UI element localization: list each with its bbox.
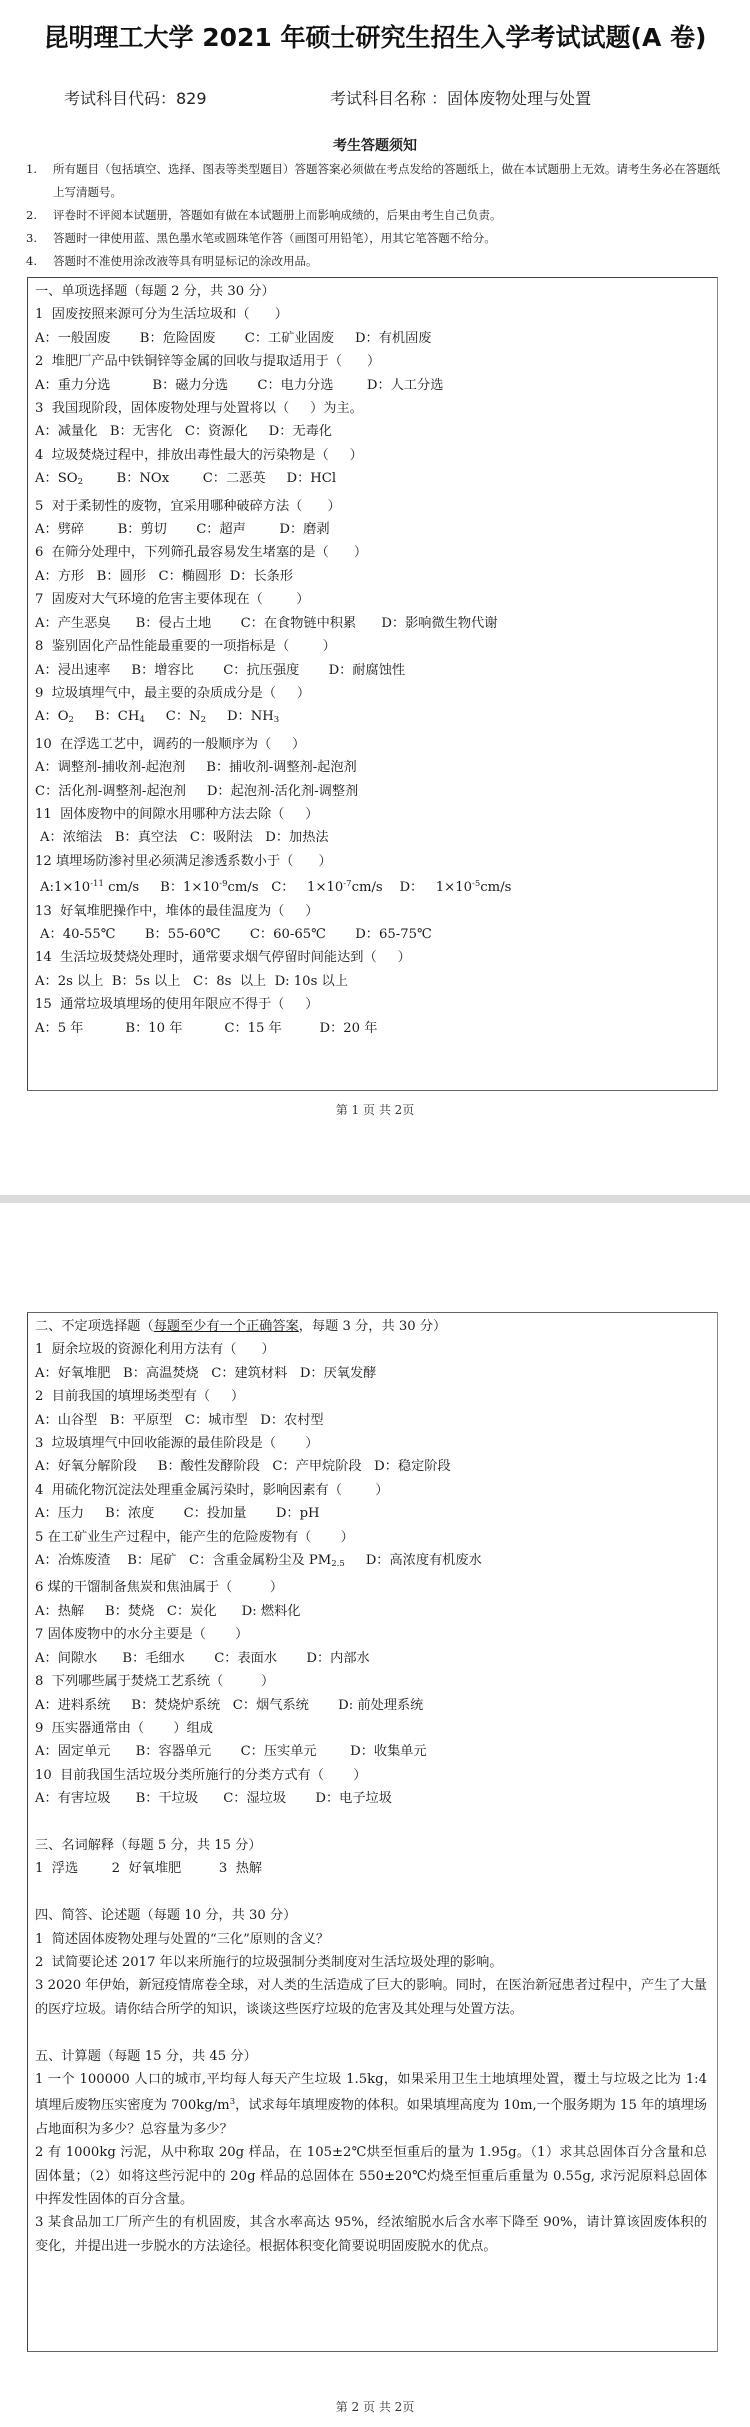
question-options: A：浓缩法 B：真空法 C：吸附法 D：加热法 — [35, 826, 717, 849]
question-stem: 15 通常垃圾填埋场的使用年限应不得于（ ） — [35, 993, 717, 1016]
question-options: A：冶炼废渣 B：尾矿 C：含重金属粉尘及 PM2.5 D：高浓度有机废水 — [35, 1549, 717, 1576]
question-stem: 9 垃圾填埋气中，最主要的杂质成分是（ ） — [35, 682, 717, 705]
question-options: A：一般固废 B：危险固废 C：工矿业固废 D：有机固废 — [35, 327, 717, 350]
question-options: A：O2 B：CH4 C：N2 D：NH3 — [35, 705, 717, 732]
question-options: A:1×10-11 cm/s B：1×10-9cm/s C： 1×10-7cm/… — [35, 873, 717, 899]
question-options: A：劈碎 B：剪切 C：超声 D：磨剥 — [35, 518, 717, 541]
question-options: A：有害垃圾 B：干垃圾 C：湿垃圾 D：电子垃圾 — [35, 1787, 717, 1810]
calculation-question-1: 1 一个 100000 人口的城市,平均每人每天产生垃圾 1.5kg，如果采用卫… — [35, 2068, 717, 2141]
question-stem: 3 我国现阶段，固体废物处理与处置将以（ ）为主。 — [35, 397, 717, 420]
question-stem: 13 好氧堆肥操作中，堆体的最佳温度为（ ） — [35, 900, 717, 923]
notice-text: 答题时一律使用蓝、黑色墨水笔或圆珠笔作答（画图可用铅笔），用其它笔答题不给分。 — [53, 231, 496, 245]
question-stem: 4 用硫化物沉淀法处理重金属污染时，影响因素有（ ） — [35, 1479, 717, 1502]
question-options: A：调整剂-捕收剂-起泡剂 B：捕收剂-调整剂-起泡剂 — [35, 756, 717, 779]
question-box-page-1: 一、单项选择题（每题 2 分，共 30 分） 1 固废按照来源可分为生活垃圾和（… — [27, 277, 718, 1091]
page-footer-2: 第 2 页 共 2页 — [0, 2398, 750, 2415]
question-options: A：好氧分解阶段 B：酸性发酵阶段 C：产甲烷阶段 D：稳定阶段 — [35, 1455, 717, 1478]
exam-title: 昆明理工大学 2021 年硕士研究生招生入学考试试题(A 卷) — [0, 18, 750, 54]
question-stem: 4 垃圾焚烧过程中，排放出毒性最大的污染物是（ ） — [35, 444, 717, 467]
question-options: A：热解 B：焚烧 C：炭化 D: 燃料化 — [35, 1600, 717, 1623]
section-heading-multi-choice: 二、不定项选择题（每题至少有一个正确答案，每题 3 分，共 30 分） — [35, 1315, 717, 1338]
question-stem: 1 厨余垃圾的资源化利用方法有（ ） — [35, 1338, 717, 1361]
question-options: C：活化剂-调整剂-起泡剂 D：起泡剂-活化剂-调整剂 — [35, 780, 717, 803]
subject-name: 考试科目名称 ：固体废物处理与处置 — [330, 86, 591, 109]
question-stem: 8 鉴别固化产品性能最重要的一项指标是（ ） — [35, 635, 717, 658]
question-stem: 10 在浮选工艺中，调药的一般顺序为（ ） — [35, 733, 717, 756]
question-options: A：40-55℃ B：55-60℃ C：60-65℃ D：65-75℃ — [35, 923, 717, 946]
calculation-question-2: 2 有 1000kg 污泥，从中称取 20g 样品，在 105±2℃烘至恒重后的… — [35, 2141, 717, 2211]
question-stem: 9 压实器通常由（ ）组成 — [35, 1717, 717, 1740]
terms-list: 1 浮选 2 好氧堆肥 3 热解 — [35, 1857, 717, 1880]
notice-list: 1.所有题目（包括填空、选择、图表等类型题目）答题答案必须做在考点发给的答题纸上… — [26, 158, 726, 273]
short-answer-3: 3 2020 年伊始，新冠疫情席卷全球，对人类的生活造成了巨大的影响。同时，在医… — [35, 1974, 717, 2021]
question-stem: 6 煤的干馏制备焦炭和焦油属于（ ） — [35, 1576, 717, 1599]
question-stem: 6 在筛分处理中，下列筛孔最容易发生堵塞的是（ ） — [35, 541, 717, 564]
notice-text: 答题时不准使用涂改液等具有明显标记的涂改用品。 — [53, 254, 318, 268]
question-options: A：2s 以上 B：5s 以上 C：8s 以上 D: 10s 以上 — [35, 970, 717, 993]
notice-text: 所有题目（包括填空、选择、图表等类型题目）答题答案必须做在考点发给的答题纸上，做… — [53, 162, 720, 199]
question-stem: 7 固废对大气环境的危害主要体现在（ ） — [35, 588, 717, 611]
question-stem: 2 堆肥厂产品中铁铜锌等金属的回收与提取适用于（ ） — [35, 350, 717, 373]
notice-text: 评卷时不评阅本试题册，答题如有做在本试题册上而影响成绩的，后果由考生自己负责。 — [53, 208, 502, 222]
page-separator — [0, 1195, 750, 1203]
question-options: A：好氧堆肥 B：高温焚烧 C：建筑材料 D：厌氧发酵 — [35, 1362, 717, 1385]
question-options: A：减量化 B：无害化 C：资源化 D：无毒化 — [35, 420, 717, 443]
subject-code: 考试科目代码：829 — [64, 86, 207, 109]
notice-item: 1.所有题目（包括填空、选择、图表等类型题目）答题答案必须做在考点发给的答题纸上… — [26, 158, 726, 204]
short-answer-1: 1 简述固体废物处理与处置的“三化”原则的含义？ — [35, 1928, 717, 1951]
notice-heading: 考生答题须知 — [0, 135, 750, 155]
question-options: A：产生恶臭 B：侵占土地 C：在食物链中积累 D：影响微生物代谢 — [35, 612, 717, 635]
question-stem: 1 固废按照来源可分为生活垃圾和（ ） — [35, 303, 717, 326]
question-options: A：进料系统 B：焚烧炉系统 C：烟气系统 D: 前处理系统 — [35, 1694, 717, 1717]
question-stem: 8 下列哪些属于焚烧工艺系统（ ） — [35, 1670, 717, 1693]
question-stem: 5 在工矿业生产过程中，能产生的危险废物有（ ） — [35, 1526, 717, 1549]
question-options: A：浸出速率 B：增容比 C：抗压强度 D：耐腐蚀性 — [35, 659, 717, 682]
underlined-instruction: 每题至少有一个正确答案 — [154, 1319, 299, 1334]
question-options: A：重力分选 B：磁力分选 C：电力分选 D：人工分选 — [35, 374, 717, 397]
question-options: A：固定单元 B：容器单元 C：压实单元 D：收集单元 — [35, 1740, 717, 1763]
notice-item: 3.答题时一律使用蓝、黑色墨水笔或圆珠笔作答（画图可用铅笔），用其它笔答题不给分… — [26, 227, 726, 250]
notice-number: 2. — [26, 204, 37, 227]
question-stem: 12 填埋场防渗衬里必须满足渗透系数小于（ ） — [35, 850, 717, 873]
question-options: A：5 年 B：10 年 C：15 年 D：20 年 — [35, 1017, 717, 1040]
notice-number: 3. — [26, 227, 37, 250]
section-heading-calculation: 五、计算题（每题 15 分，共 45 分） — [35, 2045, 717, 2068]
question-stem: 14 生活垃圾焚烧处理时，通常要求烟气停留时间能达到（ ） — [35, 946, 717, 969]
notice-number: 4. — [26, 250, 37, 273]
notice-number: 1. — [26, 158, 37, 181]
calculation-question-3: 3 某食品加工厂所产生的有机固废，其含水率高达 95%，经浓缩脱水后含水率下降至… — [35, 2211, 717, 2258]
question-box-page-2: 二、不定项选择题（每题至少有一个正确答案，每题 3 分，共 30 分） 1 厨余… — [27, 1312, 718, 2352]
question-stem: 7 固体废物中的水分主要是（ ） — [35, 1623, 717, 1646]
page-footer-1: 第 1 页 共 2页 — [0, 1101, 750, 1118]
question-options: A：间隙水 B：毛细水 C：表面水 D：内部水 — [35, 1647, 717, 1670]
section-heading-short-answer: 四、简答、论述题（每题 10 分，共 30 分） — [35, 1904, 717, 1927]
question-options: A：SO2 B：NOx C：二恶英 D：HCl — [35, 467, 717, 494]
question-stem: 10 目前我国生活垃圾分类所施行的分类方式有（ ） — [35, 1764, 717, 1787]
section-heading-single-choice: 一、单项选择题（每题 2 分，共 30 分） — [35, 280, 717, 303]
question-stem: 2 目前我国的填埋场类型有（ ） — [35, 1385, 717, 1408]
question-options: A：山谷型 B：平原型 C：城市型 D：农村型 — [35, 1409, 717, 1432]
notice-item: 4.答题时不准使用涂改液等具有明显标记的涂改用品。 — [26, 250, 726, 273]
short-answer-2: 2 试简要论述 2017 年以来所施行的垃圾强制分类制度对生活垃圾处理的影响。 — [35, 1951, 717, 1974]
question-options: A：压力 B：浓度 C：投加量 D：pH — [35, 1502, 717, 1525]
section-heading-terms: 三、名词解释（每题 5 分，共 15 分） — [35, 1834, 717, 1857]
notice-item: 2.评卷时不评阅本试题册，答题如有做在本试题册上而影响成绩的，后果由考生自己负责… — [26, 204, 726, 227]
question-stem: 5 对于柔韧性的废物，宜采用哪种破碎方法（ ） — [35, 495, 717, 518]
question-stem: 3 垃圾填埋气中回收能源的最佳阶段是（ ） — [35, 1432, 717, 1455]
question-options: A：方形 B：圆形 C：椭圆形 D：长条形 — [35, 565, 717, 588]
question-stem: 11 固体废物中的间隙水用哪种方法去除（ ） — [35, 803, 717, 826]
